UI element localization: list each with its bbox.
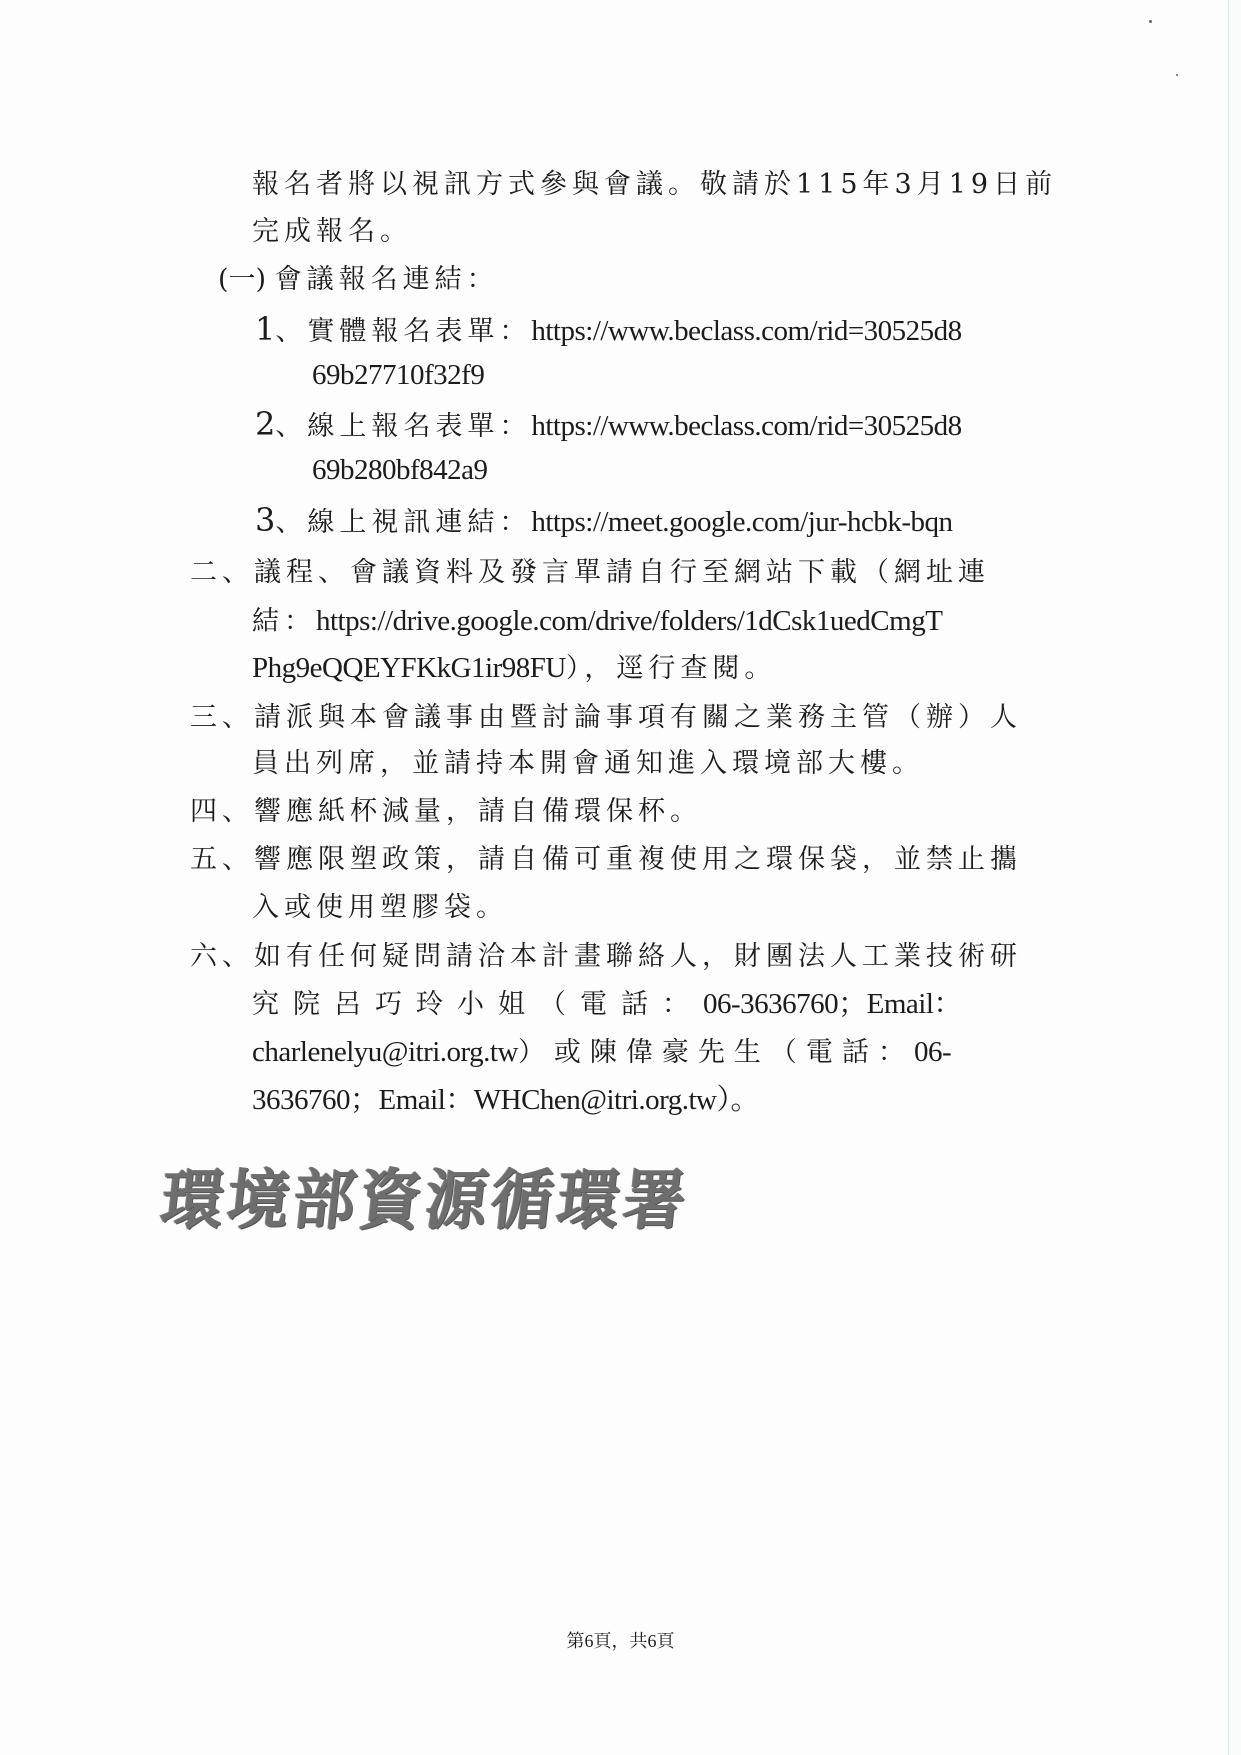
agency-seal-stamp: 環境部資源循環署 bbox=[157, 1148, 695, 1241]
drive-folder-link[interactable]: https://drive.google.com/drive/folders/1… bbox=[316, 605, 942, 637]
registration-item-3: 3、線上視訊連結：https://meet.google.com/jur-hcb… bbox=[255, 502, 953, 541]
item-5-line-2: 入或使用塑膠袋。 bbox=[252, 890, 508, 926]
item-6-line-2: 究院呂巧玲小姐（電話：06-3636760；Email： bbox=[252, 986, 962, 1023]
intro-line-1: 報名者將以視訊方式參與會議。敬請於115年3月19日前 bbox=[252, 167, 1057, 203]
intro-line-2: 完成報名。 bbox=[252, 214, 412, 250]
page-number-footer: 第6頁，共6頁 bbox=[0, 1627, 1241, 1653]
page-edge bbox=[1228, 0, 1241, 1755]
video-meeting-link[interactable]: https://meet.google.com/jur-hcbk-bqn bbox=[531, 506, 952, 538]
registration-heading: (一) 會議報名連結： bbox=[218, 262, 499, 298]
registration-item-2: 2、線上報名表單：https://www.beclass.com/rid=305… bbox=[255, 406, 962, 445]
item-2-line-2: 結：https://drive.google.com/drive/folders… bbox=[252, 603, 942, 640]
item-3-line-1: 三、請派與本會議事由暨討論事項有關之業務主管（辦）人 bbox=[190, 700, 1022, 736]
physical-registration-link-cont[interactable]: 69b27710f32f9 bbox=[312, 359, 484, 391]
item-4-line-1: 四、響應紙杯減量，請自備環保杯。 bbox=[190, 794, 702, 830]
item-6-line-1: 六、如有任何疑問請洽本計畫聯絡人，財團法人工業技術研 bbox=[190, 939, 1022, 975]
contact-phone-email-1: 06-3636760；Email： bbox=[703, 988, 962, 1020]
physical-registration-link[interactable]: https://www.beclass.com/rid=30525d8 bbox=[531, 315, 961, 347]
item-6-line-4: 3636760；Email：WHChen@itri.org.tw）。 bbox=[252, 1082, 759, 1119]
heading-text: 會議報名連結： bbox=[275, 264, 499, 295]
registration-item-1-cont: 69b27710f32f9 bbox=[312, 357, 484, 394]
item-2-line-1: 二、議程、會議資料及發言單請自行至網站下載（網址連 bbox=[190, 555, 990, 591]
item-2-line-3: Phg9eQQEYFKkG1ir98FU），逕行查閱。 bbox=[252, 650, 776, 687]
drive-folder-link-cont[interactable]: Phg9eQQEYFKkG1ir98FU bbox=[252, 652, 566, 684]
online-registration-link-cont[interactable]: 69b280bf842a9 bbox=[312, 454, 488, 486]
scan-speck bbox=[1176, 74, 1178, 76]
registration-item-1: 1、實體報名表單：https://www.beclass.com/rid=305… bbox=[255, 311, 962, 350]
heading-marker: (一) bbox=[218, 264, 266, 295]
item-5-line-1: 五、響應限塑政策，請自備可重複使用之環保袋，並禁止攜 bbox=[190, 842, 1022, 878]
item-6-line-3: charlenelyu@itri.org.tw）或陳偉豪先生（電話：06- bbox=[252, 1034, 951, 1071]
email-link-whchen[interactable]: 3636760；Email：WHChen@itri.org.tw）。 bbox=[252, 1084, 759, 1116]
registration-item-2-cont: 69b280bf842a9 bbox=[312, 452, 488, 489]
email-link-charlenelyu[interactable]: charlenelyu@itri.org.tw bbox=[252, 1036, 518, 1068]
online-registration-link[interactable]: https://www.beclass.com/rid=30525d8 bbox=[531, 410, 961, 442]
item-3-line-2: 員出列席，並請持本開會通知進入環境部大樓。 bbox=[252, 746, 924, 782]
scan-speck bbox=[1149, 20, 1152, 23]
